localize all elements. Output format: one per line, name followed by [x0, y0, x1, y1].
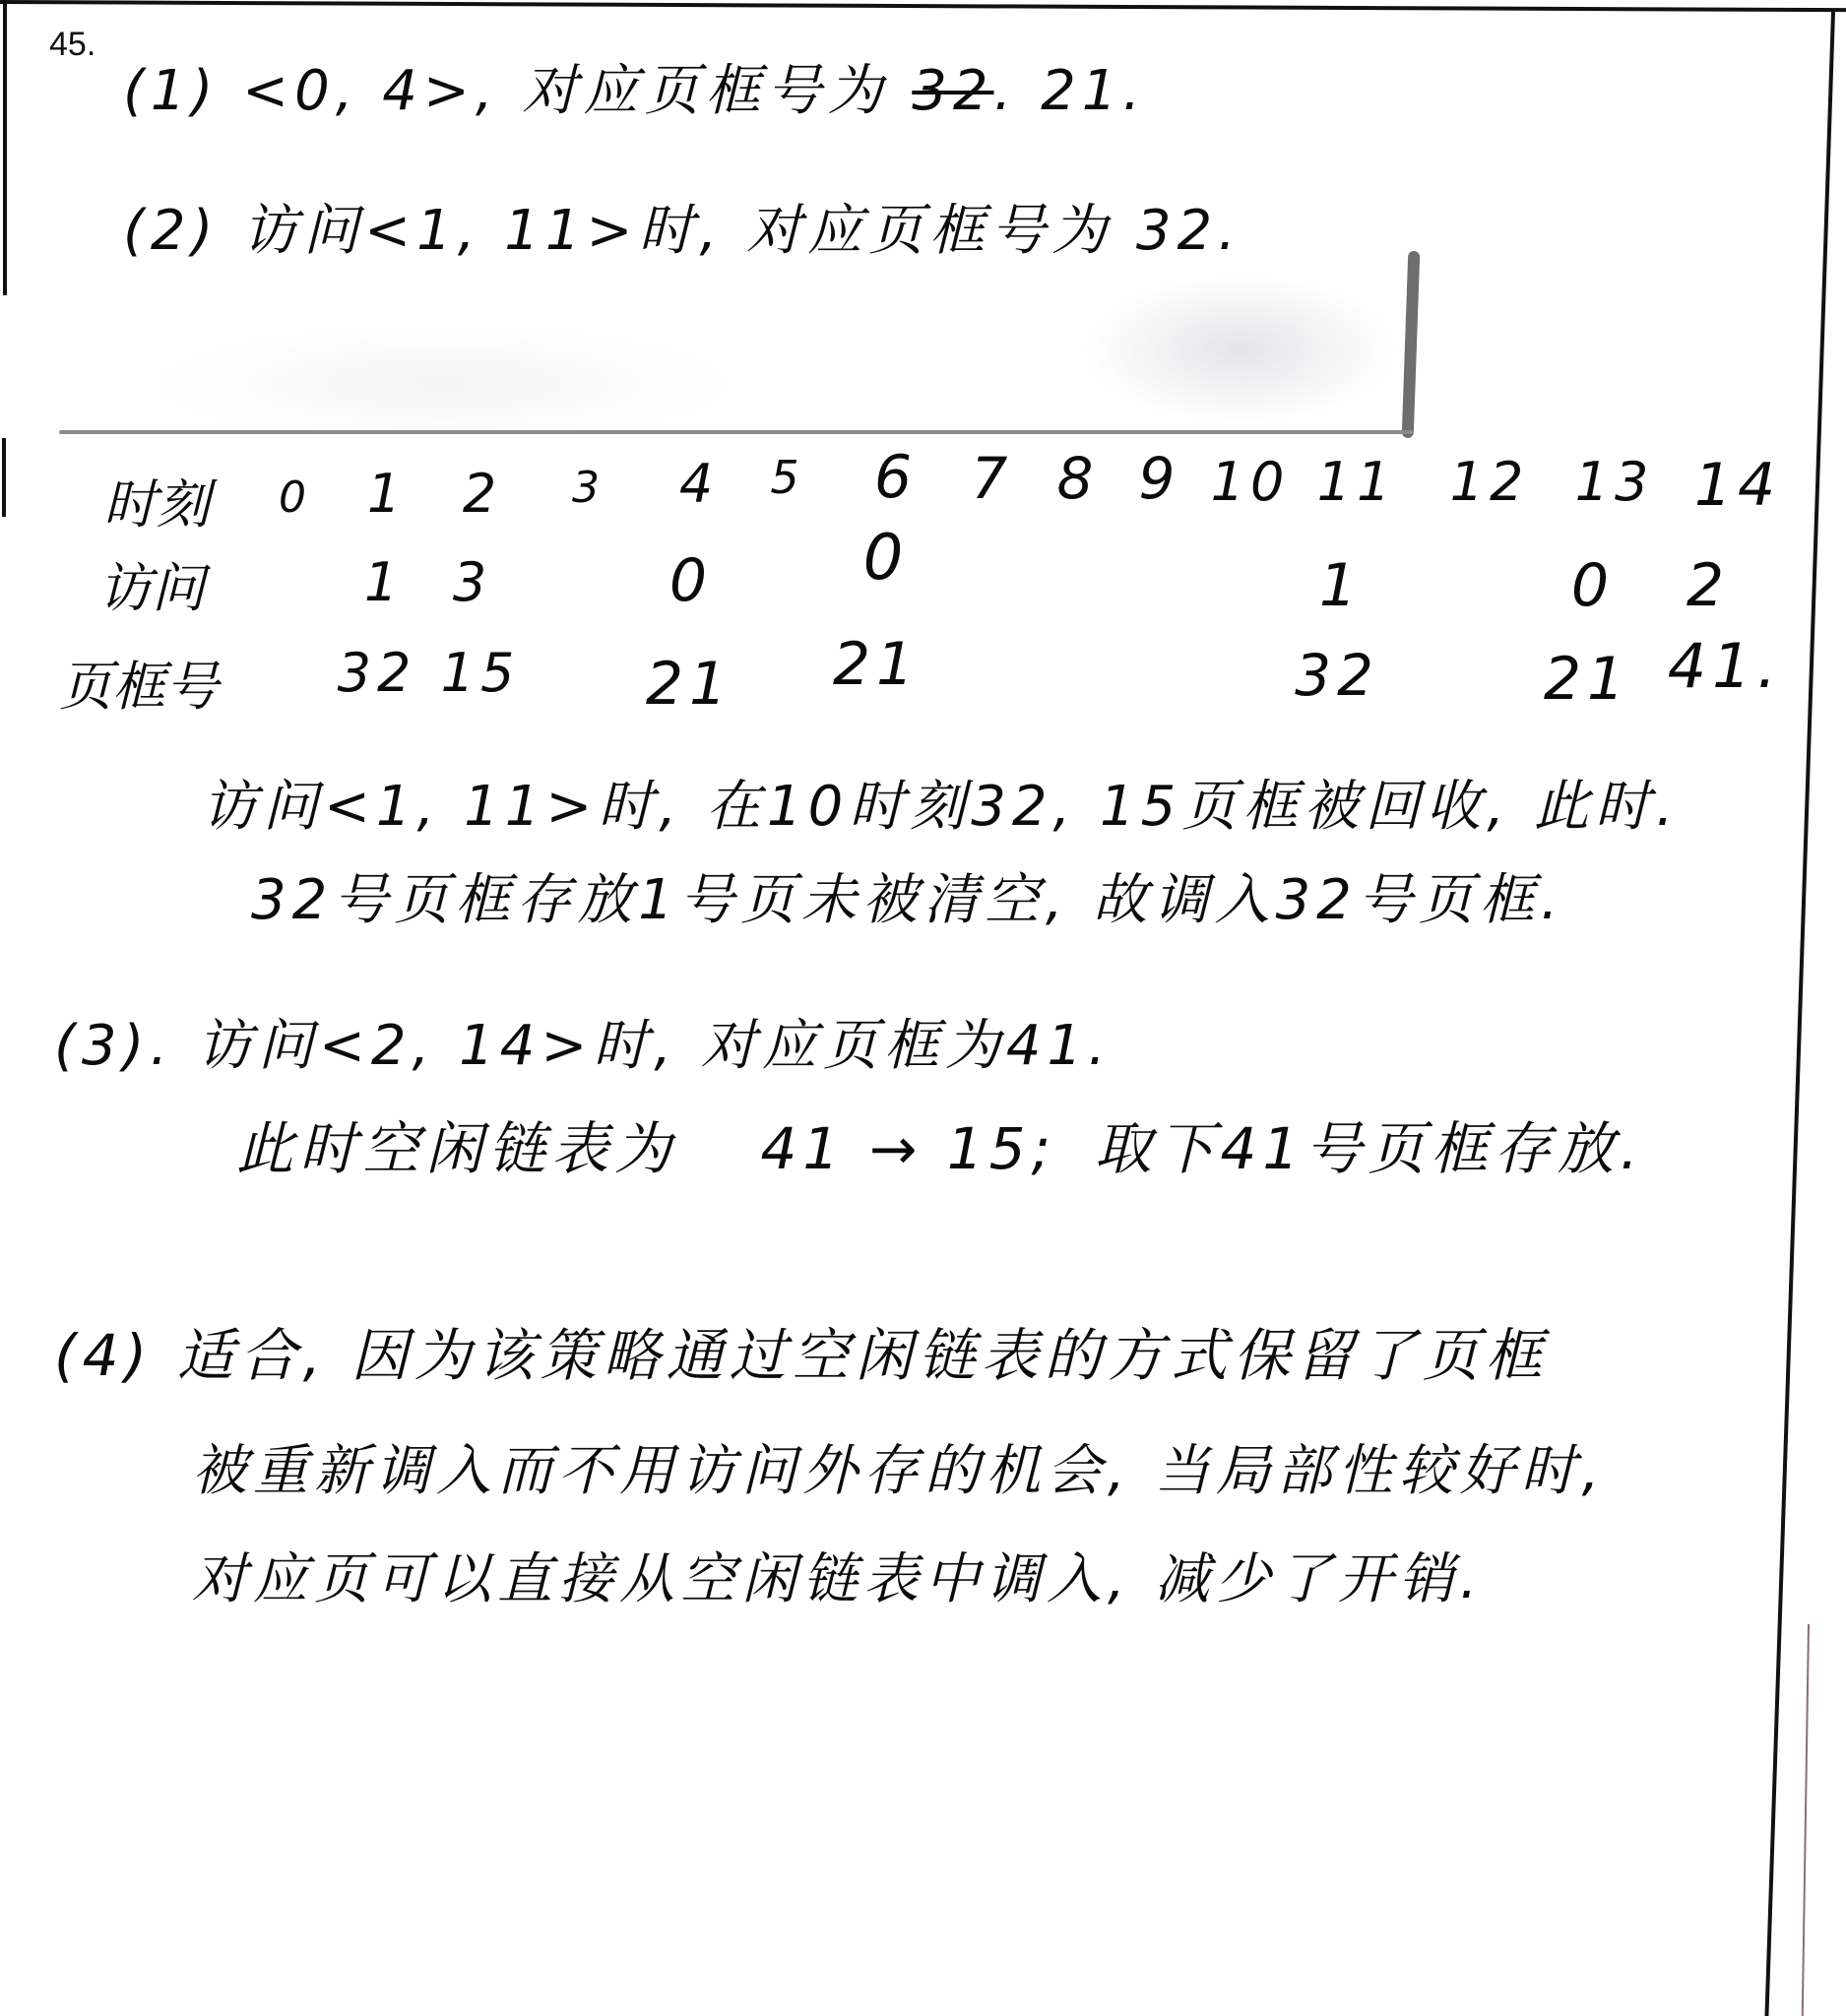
part4-label: (4) — [54, 1322, 153, 1389]
part4-line-2: 被重新调入而不用访问外存的机会, 当局部性较好时, — [192, 1427, 1605, 1506]
time-cell: 13 — [1575, 451, 1655, 513]
time-cell: 5 — [770, 451, 804, 504]
explanation-line-2: 32号页框存放1号页未被清空, 故调入32号页框. — [251, 856, 1564, 935]
part1-text: <0, 4>, 对应页框号为 — [242, 59, 888, 123]
pencil-mark-bottom — [59, 430, 1413, 434]
frame-cell: 21 — [1544, 645, 1630, 714]
row-label-frame: 页框号 — [59, 645, 219, 721]
access-cell: 2 — [1687, 551, 1730, 620]
time-cell: 8 — [1057, 445, 1100, 512]
part3-freelist-label: 此时空闲链表为 — [236, 1115, 677, 1182]
part3-line-1: (3). 访问<2, 14>时, 对应页框为41. — [54, 1002, 1112, 1081]
part4-line-3: 对应页可以直接从空闲链表中调入, 减少了开销. — [192, 1536, 1483, 1614]
part3-line-2: 此时空闲链表为 41 → 15; 取下41号页框存放. — [236, 1102, 1644, 1185]
time-cell: 0 — [279, 472, 312, 523]
part3-text: 访问<2, 14>时, 对应页框为41. — [197, 1014, 1112, 1078]
part1-answer: . 21. — [994, 59, 1147, 123]
time-cell: 4 — [679, 453, 719, 515]
access-cell: 0 — [669, 546, 713, 615]
time-cell: 2 — [463, 463, 502, 525]
row-label-access: 访问 — [98, 546, 205, 622]
frame-cell: 15 — [441, 642, 521, 704]
row-label-time: 时刻 — [103, 463, 210, 538]
frame-cell: 41. — [1668, 630, 1783, 702]
explanation-line-1: 访问<1, 11>时, 在10时刻32, 15页框被回收, 此时. — [202, 763, 1680, 842]
part2-line: (2) 访问<1, 11>时, 对应页框号为 32. — [123, 187, 1241, 266]
part2-text: 访问<1, 11>时, 对应页框号为 32. — [242, 199, 1241, 263]
erased-smudge-2 — [148, 325, 738, 443]
page-border-right-outer — [1802, 1624, 1810, 2016]
access-cell: 1 — [364, 551, 404, 613]
part2-label: (2) — [123, 199, 219, 263]
time-cell: 7 — [972, 445, 1014, 512]
pencil-mark-vertical — [1402, 251, 1421, 438]
part3-action: 取下41号页框存放. — [1095, 1115, 1644, 1182]
time-cell: 12 — [1450, 451, 1530, 513]
time-cell: 1 — [367, 463, 407, 525]
page-border-top — [0, 0, 1846, 12]
access-cell: 3 — [453, 551, 492, 613]
part1-line: (1) <0, 4>, 对应页框号为 32. 21. — [123, 47, 1146, 126]
part1-label: (1) — [123, 59, 219, 123]
access-cell: 1 — [1319, 551, 1363, 620]
access-cell: 0 — [1571, 551, 1615, 620]
time-cell: 14 — [1694, 451, 1781, 520]
time-cell: 3 — [572, 463, 605, 513]
access-cell: 0 — [863, 522, 910, 595]
free-list-chain: 41 → 15; — [760, 1115, 1056, 1182]
time-cell: 10 — [1211, 451, 1291, 513]
page-border-left-lower — [2, 438, 6, 517]
erased-smudge — [1083, 276, 1398, 423]
time-cell: 6 — [874, 443, 918, 512]
page-border-right — [1764, 12, 1835, 2016]
part1-struck-value: 32 — [912, 59, 993, 123]
part4-text-1: 适合, 因为该策略通过空闲链表的方式保留了页框 — [177, 1322, 1549, 1389]
frame-cell: 21 — [833, 630, 920, 699]
time-cell: 9 — [1139, 445, 1181, 512]
time-cell: 11 — [1317, 451, 1397, 513]
frame-cell: 32 — [1295, 642, 1379, 709]
page-border-left-upper — [3, 0, 7, 295]
question-number: 45. — [49, 26, 95, 64]
frame-cell: 21 — [646, 650, 732, 719]
part3-label: (3). — [54, 1014, 173, 1078]
part4-line-1: (4) 适合, 因为该策略通过空闲链表的方式保留了页框 — [54, 1309, 1548, 1392]
frame-cell: 32 — [338, 642, 417, 704]
